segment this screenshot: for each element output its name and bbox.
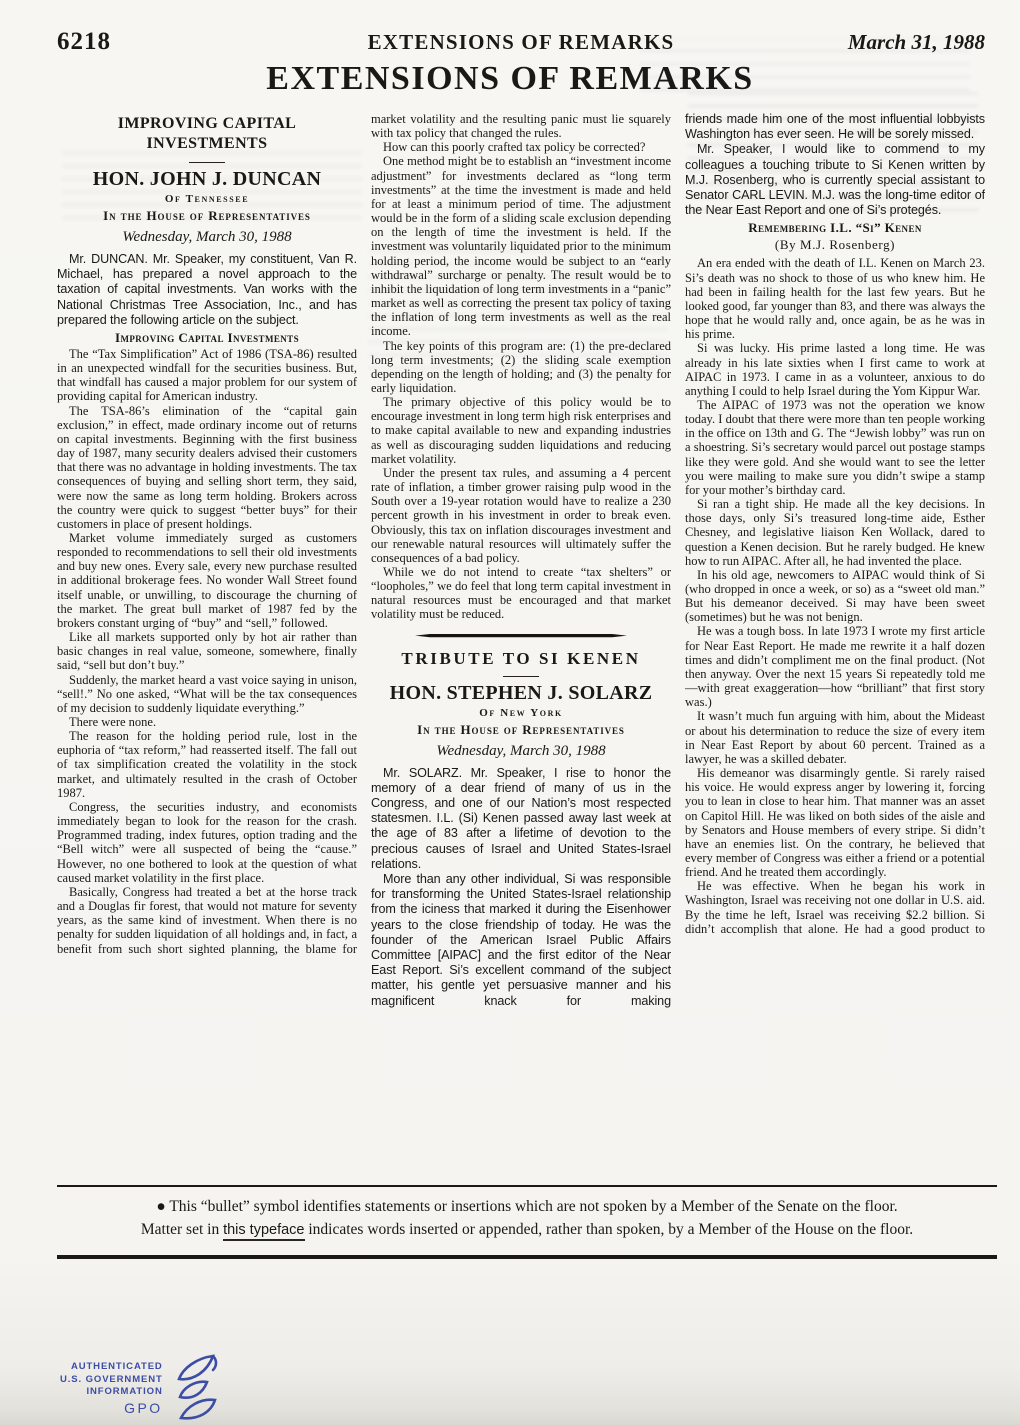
footer-line-1-text: This “bullet” symbol identifies statemen… xyxy=(169,1198,897,1215)
inserted-remarks-paragraph-continuation: friends made him one of the most influen… xyxy=(685,112,985,142)
session-date: Wednesday, March 30, 1988 xyxy=(371,743,671,760)
byline: (By M.J. Rosenberg) xyxy=(685,237,985,253)
body-paragraph: The primary objective of this policy wou… xyxy=(371,395,671,466)
body-paragraph: Like all markets supported only by hot a… xyxy=(57,630,357,672)
column-3: friends made him one of the most influen… xyxy=(685,112,985,1188)
body-paragraph: Congress, the securities industry, and e… xyxy=(57,800,357,885)
member-name: HON. STEPHEN J. SOLARZ xyxy=(371,682,671,705)
gpo-authentication-logo: AUTHENTICATED U.S. GOVERNMENT INFORMATIO… xyxy=(60,1352,221,1422)
body-paragraph: One method might be to establish an “inv… xyxy=(371,154,671,338)
body-paragraph: Suddenly, the market heard a vast voice … xyxy=(57,673,357,715)
gpo-label: AUTHENTICATED U.S. GOVERNMENT INFORMATIO… xyxy=(60,1361,163,1414)
body-paragraph: His demeanor was disarmingly gentle. Si … xyxy=(685,766,985,879)
body-paragraph: Basically, Congress had treated a bet at… xyxy=(57,885,357,956)
scanned-page: 6218 EXTENSIONS OF REMARKS March 31, 198… xyxy=(0,0,1020,1425)
member-state: Of Tennessee xyxy=(57,193,357,205)
running-title: EXTENSIONS OF REMARKS xyxy=(366,30,675,55)
bullet-icon: ● xyxy=(156,1198,165,1215)
gpo-label-line: U.S. GOVERNMENT xyxy=(60,1374,163,1387)
body-paragraph: Si was lucky. His prime lasted a long ti… xyxy=(685,341,985,398)
running-date: March 31, 1988 xyxy=(676,30,985,55)
footer-line-1: ● This “bullet” symbol identifies statem… xyxy=(63,1195,991,1218)
member-state: Of New York xyxy=(371,707,671,719)
body-paragraph: An era ended with the death of I.L. Kene… xyxy=(685,256,985,341)
page-title: EXTENSIONS OF REMARKS xyxy=(0,60,1020,98)
article-title: TRIBUTE TO SI KENEN xyxy=(371,649,671,677)
body-paragraph: In his old age, newcomers to AIPAC would… xyxy=(685,568,985,625)
gpo-eagle-icon xyxy=(159,1352,221,1422)
body-paragraph: Market volume immediately surged as cust… xyxy=(57,531,357,630)
body-paragraph: The TSA-86’s elimination of the “capital… xyxy=(57,404,357,531)
column-layout: IMPROVING CAPITAL INVESTMENTSHON. JOHN J… xyxy=(57,112,985,1188)
gpo-label-line: AUTHENTICATED xyxy=(60,1361,163,1374)
body-paragraph: He was a tough boss. In late 1973 I wrot… xyxy=(685,624,985,709)
article-kicker: IMPROVING CAPITAL INVESTMENTS xyxy=(91,114,323,163)
body-paragraph-continuation: market volatility and the resulting pani… xyxy=(371,112,671,140)
body-paragraph: The AIPAC of 1973 was not the operation … xyxy=(685,398,985,497)
member-name: HON. JOHN J. DUNCAN xyxy=(57,168,357,191)
article-separator-rule xyxy=(415,634,627,638)
inserted-remarks-paragraph: Mr. SOLARZ. Mr. Speaker, I rise to honor… xyxy=(371,766,671,872)
body-paragraph: Si ran a tight ship. He made all the key… xyxy=(685,497,985,568)
footer-line-2-pre: Matter set in xyxy=(141,1221,219,1238)
footer-line-2-post: indicates words inserted or appended, ra… xyxy=(308,1221,913,1238)
typeface-sample: this typeface xyxy=(223,1222,304,1241)
body-paragraph: The key points of this program are: (1) … xyxy=(371,339,671,396)
body-paragraph: It wasn’t much fun arguing with him, abo… xyxy=(685,709,985,766)
body-paragraph: He was effective. When he began his work… xyxy=(685,879,985,936)
page-number: 6218 xyxy=(57,28,366,56)
body-paragraph: There were none. xyxy=(57,715,357,729)
body-paragraph: How can this poorly crafted tax policy b… xyxy=(371,140,671,154)
column-2: market volatility and the resulting pani… xyxy=(371,112,671,1188)
gpo-label-line: INFORMATION xyxy=(60,1386,163,1399)
body-paragraph: The reason for the holding period rule, … xyxy=(57,729,357,800)
column-1: IMPROVING CAPITAL INVESTMENTSHON. JOHN J… xyxy=(57,112,357,1188)
footer-note: ● This “bullet” symbol identifies statem… xyxy=(57,1185,997,1259)
gpo-abbr: GPO xyxy=(60,1402,163,1415)
session-date: Wednesday, March 30, 1988 xyxy=(57,229,357,246)
body-paragraph: The “Tax Simplification” Act of 1986 (TS… xyxy=(57,347,357,404)
inserted-remarks-paragraph: More than any other individual, Si was r… xyxy=(371,872,671,1009)
section-subheading: Improving Capital Investments xyxy=(57,330,357,346)
body-paragraph: While we do not intend to create “tax sh… xyxy=(371,565,671,622)
section-subheading: Remembering I.L. “Si” Kenen xyxy=(685,220,985,236)
chamber-line: In the House of Representatives xyxy=(57,208,357,224)
body-paragraph: Under the present tax rules, and assumin… xyxy=(371,466,671,565)
footer-line-2: Matter set in this typeface indicates wo… xyxy=(63,1218,991,1242)
inserted-remarks-paragraph: Mr. DUNCAN. Mr. Speaker, my constituent,… xyxy=(57,252,357,328)
running-header: 6218 EXTENSIONS OF REMARKS March 31, 198… xyxy=(57,28,985,56)
chamber-line: In the House of Representatives xyxy=(371,722,671,738)
inserted-remarks-paragraph: Mr. Speaker, I would like to commend to … xyxy=(685,142,985,218)
